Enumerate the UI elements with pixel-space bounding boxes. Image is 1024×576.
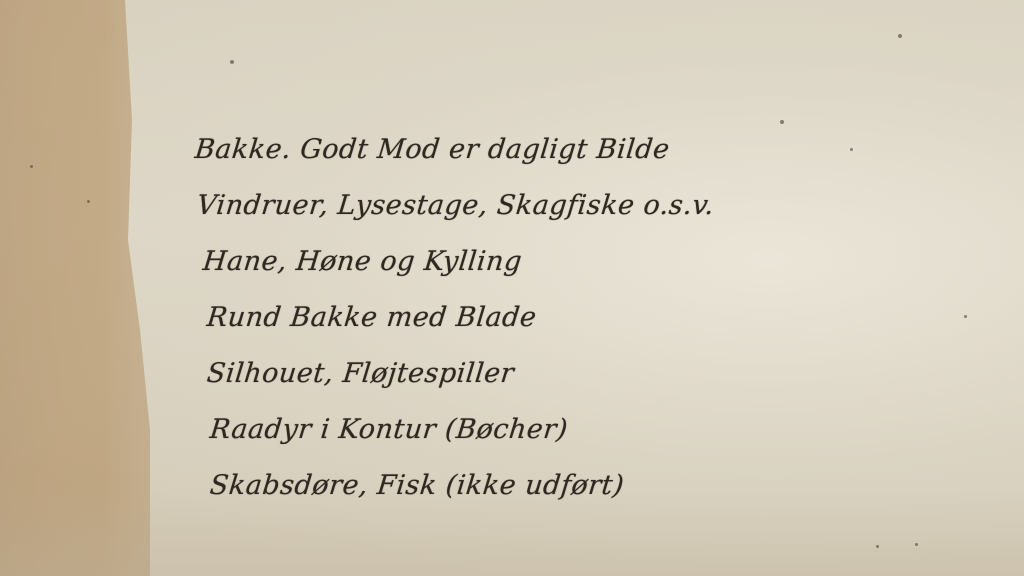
ink-speck [230,60,234,64]
handwritten-line: Bakke. Godt Mod er dagligt Bilde [192,122,818,178]
handwritten-line: Hane, Høne og Kylling [200,234,818,290]
ink-speck [915,543,918,546]
ink-speck [876,545,879,548]
ink-speck [30,165,33,168]
handwritten-line: Skabsdøre, Fisk (ikke udført) [207,458,818,514]
handwritten-line: Vindruer, Lysestage, Skagfiske o.s.v. [194,178,818,234]
handwritten-line: Raadyr i Kontur (Bøcher) [207,402,818,458]
handwritten-line: Rund Bakke med Blade [204,290,818,346]
handwritten-list: Bakke. Godt Mod er dagligt Bilde Vindrue… [195,122,815,514]
handwritten-line: Silhouet, Fløjtespiller [204,346,818,402]
ink-speck [850,148,853,151]
ink-speck [87,200,90,203]
ink-speck [964,315,967,318]
ink-speck [898,34,902,38]
